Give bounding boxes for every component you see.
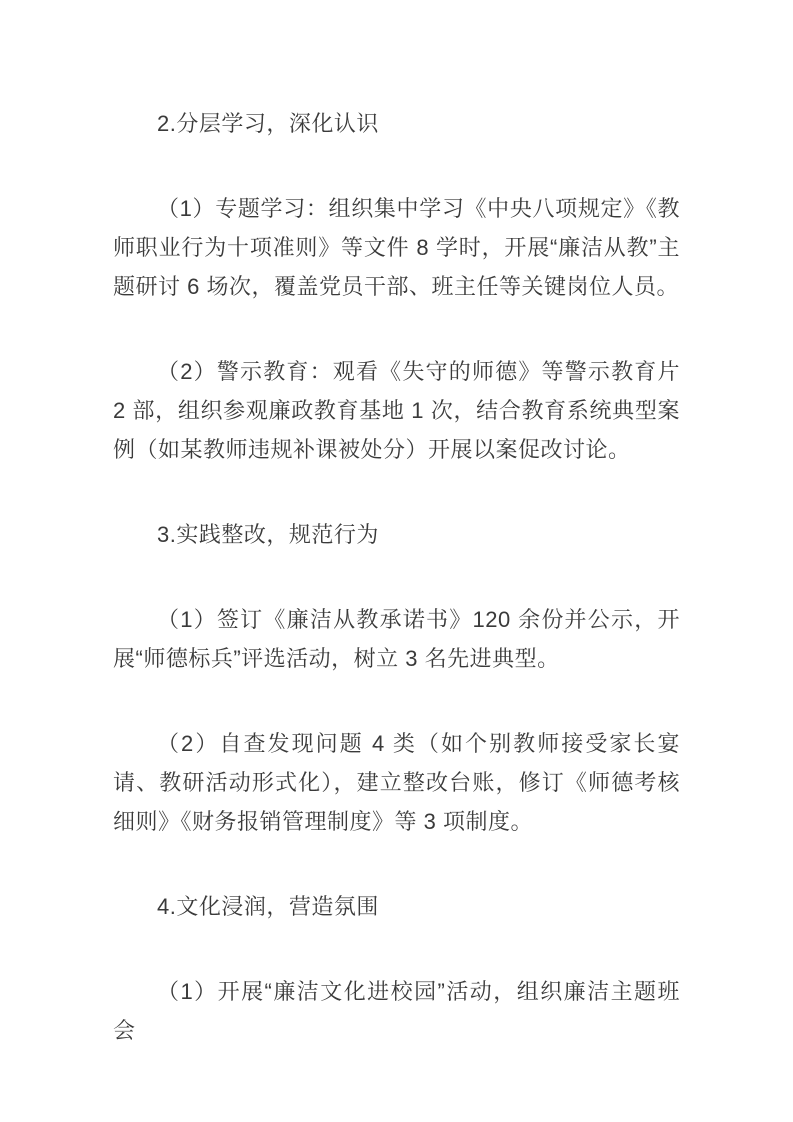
section-heading-4: 4.文化浸润，营造氛围 <box>113 887 680 926</box>
section-2-item-2-paragraph: （2）警示教育：观看《失守的师德》等警示教育片 2 部，组织参观廉政教育基地 1… <box>113 352 680 469</box>
section-heading-3: 3.实践整改，规范行为 <box>113 515 680 554</box>
section-heading-2: 2.分层学习，深化认识 <box>113 104 680 143</box>
section-3-item-2-paragraph: （2）自查发现问题 4 类（如个别教师接受家长宴请、教研活动形式化），建立整改台… <box>113 724 680 841</box>
section-4-item-1-paragraph: （1）开展“廉洁文化进校园”活动，组织廉洁主题班会 <box>113 972 680 1050</box>
section-3-item-1-paragraph: （1）签订《廉洁从教承诺书》120 余份并公示，开展“师德标兵”评选活动，树立 … <box>113 600 680 678</box>
document-page: 2.分层学习，深化认识 （1）专题学习：组织集中学习《中央八项规定》《教师职业行… <box>0 0 793 1122</box>
section-2-item-1-paragraph: （1）专题学习：组织集中学习《中央八项规定》《教师职业行为十项准则》等文件 8 … <box>113 189 680 306</box>
